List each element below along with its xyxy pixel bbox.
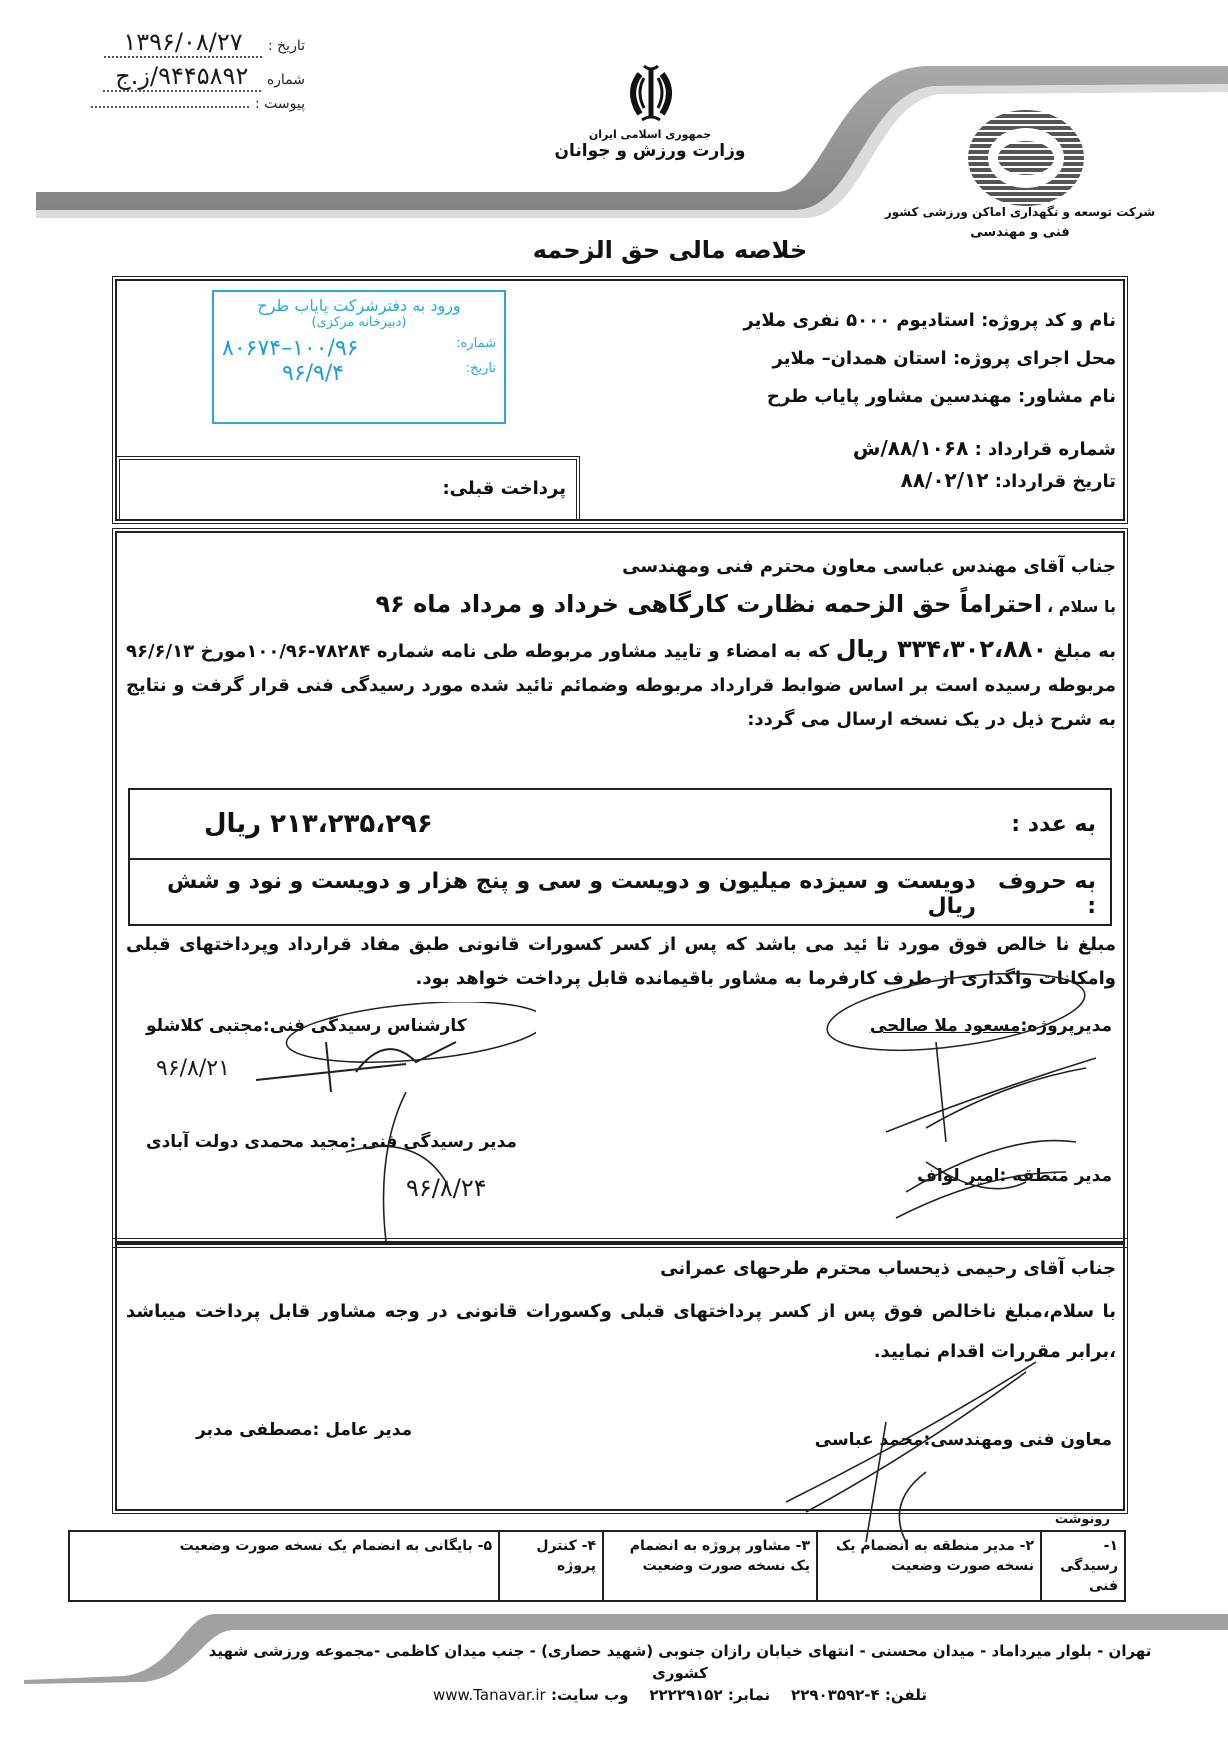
copy-item-5: ۵- بایگانی به انضمام یک نسخه صورت وضعیت bbox=[69, 1531, 499, 1601]
field-contract-number: شماره قرارداد : ۸۸/۱۰۶۸/ش bbox=[636, 436, 1116, 468]
subject: احتراماً حق الزحمه نظارت کارگاهی خرداد و… bbox=[375, 590, 1042, 618]
stamp-date-value: ۹۶/۹/۴ bbox=[282, 361, 344, 386]
copies-table: ۱- رسیدگی فنی ۲- مدیر منطقه به انضمام یک… bbox=[68, 1530, 1126, 1602]
amount-words-label: به حروف : bbox=[986, 869, 1096, 919]
addressee-2: جناب آقای رحیمی ذیحساب محترم طرحهای عمرا… bbox=[660, 1258, 1116, 1279]
footer-contacts: تلفن: ۴-۲۲۹۰۳۵۹۲ نمابر: ۲۲۲۲۹۱۵۲ وب سایت… bbox=[180, 1684, 1180, 1706]
amount-numeric-value: ۲۱۳،۲۳۵،۲۹۶ ریال bbox=[204, 809, 433, 839]
stamp-date-label: تاریخ: bbox=[466, 361, 496, 386]
review-paragraph: به مبلغ ۳۳۴،۳۰۲،۸۸۰ ریال که به امضاء و ت… bbox=[126, 632, 1116, 737]
subject-line: با سلام ، احتراماً حق الزحمه نظارت کارگا… bbox=[375, 590, 1116, 618]
copy-item-4: ۴- کنترل پروژه bbox=[499, 1531, 603, 1601]
amount-words-row: به حروف : دویست و سیزده میلیون و دویست و… bbox=[130, 860, 1110, 928]
document-title: خلاصه مالی حق الزحمه bbox=[520, 236, 820, 264]
company-name: شرکت توسعه و نگهداری اماکن ورزشی کشور bbox=[870, 205, 1170, 219]
stamp-title: ورود به دفترشرکت پایاب طرح bbox=[214, 296, 504, 315]
field-project-name: نام و کد پروژه: استادیوم ۵۰۰۰ نفری ملایر bbox=[636, 310, 1116, 348]
stamp-number-value: ۱۰۰/۹۶–۸۰۶۷۴ bbox=[222, 336, 359, 361]
reviewer-signature-scribble bbox=[236, 1002, 536, 1102]
reviewed-amount: ۳۳۴،۳۰۲،۸۸۰ ریال bbox=[836, 635, 1047, 663]
footer-website-link[interactable]: www.Tanavar.ir bbox=[433, 1686, 546, 1704]
review-manager-signature-scribble bbox=[316, 1092, 456, 1242]
previous-payment-box: پرداخت قبلی: bbox=[116, 456, 580, 520]
ceo-signature: مدیر عامل :مصطفی مدبر bbox=[196, 1420, 412, 1440]
review-box: جناب آقای مهندس عباسی معاون محترم فنی وم… bbox=[112, 528, 1128, 1248]
date-value: ۱۳۹۶/۰۸/۲۷ bbox=[104, 28, 262, 58]
company-logo-icon bbox=[966, 108, 1086, 208]
payment-instruction-box: جناب آقای رحیمی ذیحساب محترم طرحهای عمرا… bbox=[112, 1238, 1128, 1514]
reviewer-sign-date: ۹۶/۸/۲۱ bbox=[156, 1056, 230, 1081]
amount-numeric-label: به عدد : bbox=[1011, 812, 1096, 837]
field-contract-date: تاریخ قرارداد: ۸۸/۰۲/۱۲ bbox=[636, 468, 1116, 500]
footer: تهران - بلوار میرداماد - میدان محسنی - ا… bbox=[180, 1640, 1180, 1706]
amount-box: به عدد : ۲۱۳،۲۳۵،۲۹۶ ریال به حروف : دویس… bbox=[128, 788, 1112, 926]
copy-item-1: ۱- رسیدگی فنی bbox=[1041, 1531, 1125, 1601]
stamp-subtitle: (دبیرخانه مرکزی) bbox=[214, 315, 504, 330]
project-fields: نام و کد پروژه: استادیوم ۵۰۰۰ نفری ملایر… bbox=[636, 310, 1116, 500]
amount-words-value: دویست و سیزده میلیون و دویست و سی و پنج … bbox=[144, 869, 976, 919]
copies-label: رونوشت bbox=[1055, 1512, 1110, 1527]
copy-item-3: ۳- مشاور پروژه به انضمام یک نسخه صورت وض… bbox=[603, 1531, 817, 1601]
project-manager-signature-scribble bbox=[806, 972, 1106, 1152]
addressee-1: جناب آقای مهندس عباسی معاون محترم فنی وم… bbox=[622, 556, 1116, 577]
stamp-number-label: شماره: bbox=[456, 336, 496, 361]
field-project-location: محل اجرای پروژه: استان همدان– ملایر bbox=[636, 348, 1116, 386]
project-info-box: نام و کد پروژه: استادیوم ۵۰۰۰ نفری ملایر… bbox=[112, 276, 1128, 524]
deputy-signature-scribble bbox=[766, 1352, 1046, 1552]
copy-item-2: ۲- مدیر منطقه به انضمام یک نسخه صورت وضع… bbox=[817, 1531, 1041, 1601]
previous-payment-label: پرداخت قبلی: bbox=[442, 478, 566, 499]
date-label: تاریخ : bbox=[268, 38, 305, 54]
field-consultant: نام مشاور: مهندسین مشاور پایاب طرح bbox=[636, 386, 1116, 436]
amount-numeric-row: به عدد : ۲۱۳،۲۳۵،۲۹۶ ریال bbox=[130, 790, 1110, 860]
region-manager-signature-scribble bbox=[886, 1132, 1086, 1222]
footer-address: تهران - بلوار میرداماد - میدان محسنی - ا… bbox=[180, 1640, 1180, 1684]
greeting: با سلام ، bbox=[1047, 597, 1116, 616]
department-name: فنی و مهندسی bbox=[870, 225, 1170, 240]
registry-stamp: ورود به دفترشرکت پایاب طرح (دبیرخانه مرک… bbox=[212, 290, 506, 424]
